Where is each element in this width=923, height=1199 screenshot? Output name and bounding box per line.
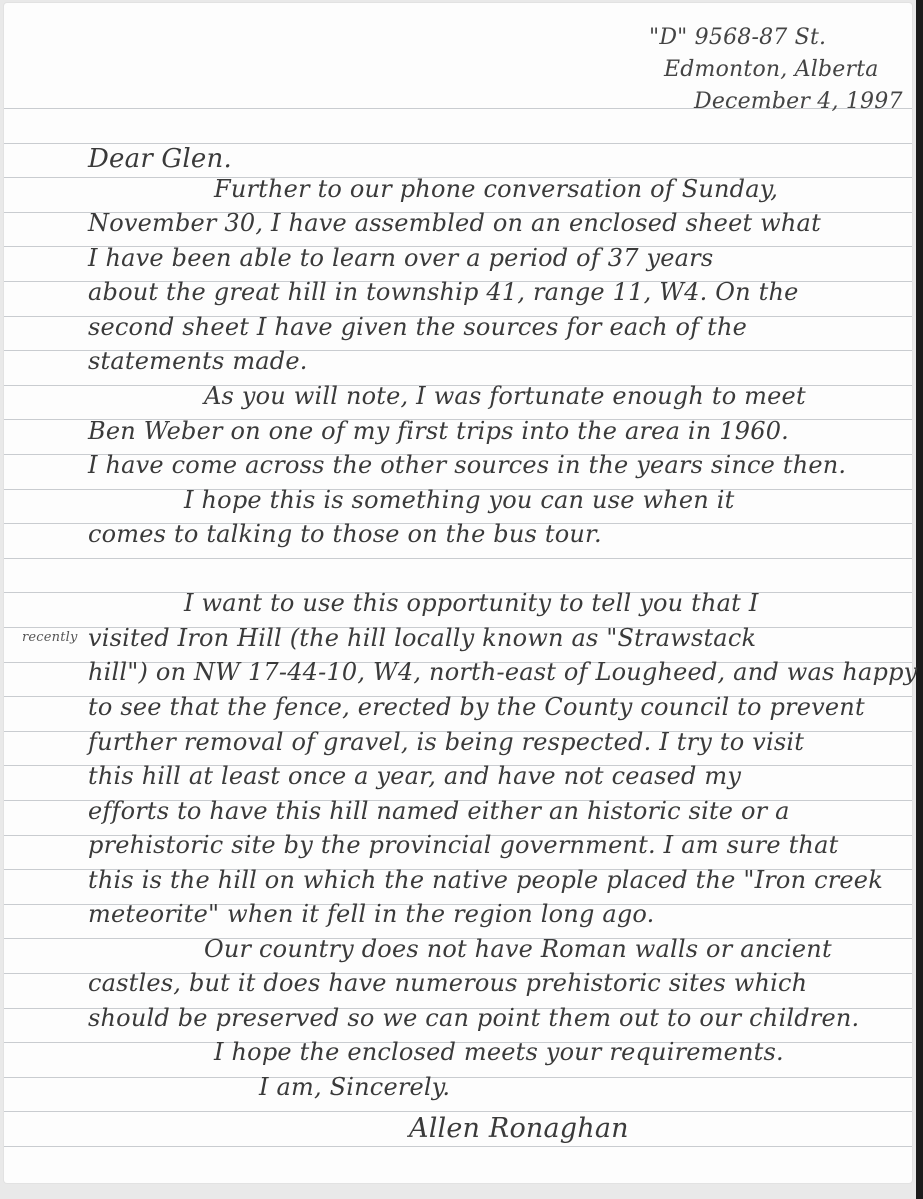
body-line: comes to talking to those on the bus tou… bbox=[88, 522, 602, 546]
body-line: further removal of gravel, is being resp… bbox=[88, 730, 804, 754]
body-line: As you will note, I was fortunate enough… bbox=[204, 384, 806, 408]
body-line: second sheet I have given the sources fo… bbox=[88, 315, 747, 339]
body-line: I am, Sincerely. bbox=[259, 1075, 450, 1099]
body-line: this hill at least once a year, and have… bbox=[88, 764, 741, 788]
body-line: should be preserved so we can point them… bbox=[88, 1006, 859, 1030]
address-line-1: "D" 9568-87 St. bbox=[649, 27, 826, 49]
body-line: this is the hill on which the native peo… bbox=[88, 868, 883, 892]
body-line: prehistoric site by the provincial gover… bbox=[88, 833, 838, 857]
body-line: I hope this is something you can use whe… bbox=[184, 488, 734, 512]
address-line-2: Edmonton, Alberta bbox=[664, 59, 879, 81]
body-line: about the great hill in township 41, ran… bbox=[88, 280, 799, 304]
body-line: castles, but it does have numerous prehi… bbox=[88, 971, 807, 995]
body-line: I hope the enclosed meets your requireme… bbox=[214, 1040, 784, 1064]
body-line: Ben Weber on one of my first trips into … bbox=[88, 419, 789, 443]
ruled-line bbox=[4, 1077, 912, 1078]
body-line: November 30, I have assembled on an encl… bbox=[88, 211, 821, 235]
body-line: hill") on NW 17-44-10, W4, north-east of… bbox=[88, 660, 917, 684]
scan-edge bbox=[916, 0, 923, 1199]
body-line: statements made. bbox=[88, 349, 308, 373]
body-line: efforts to have this hill named either a… bbox=[88, 799, 790, 823]
ruled-line bbox=[4, 1111, 912, 1112]
ruled-line bbox=[4, 558, 912, 559]
body-line: I have come across the other sources in … bbox=[88, 453, 846, 477]
ruled-line bbox=[4, 1146, 912, 1147]
letter-date: December 4, 1997 bbox=[694, 91, 903, 113]
body-line: meteorite" when it fell in the region lo… bbox=[88, 902, 654, 926]
salutation: Dear Glen. bbox=[88, 146, 232, 172]
body-line: visited Iron Hill (the hill locally know… bbox=[88, 626, 756, 650]
body-line: I want to use this opportunity to tell y… bbox=[184, 591, 759, 615]
margin-note: recently bbox=[22, 631, 78, 644]
signature: Allen Ronaghan bbox=[409, 1115, 629, 1142]
body-line: Further to our phone conversation of Sun… bbox=[214, 177, 778, 201]
body-line: Our country does not have Roman walls or… bbox=[204, 937, 832, 961]
letter-page: "D" 9568-87 St. Edmonton, Alberta Decemb… bbox=[4, 3, 912, 1183]
body-line: I have been able to learn over a period … bbox=[88, 246, 713, 270]
body-line: to see that the fence, erected by the Co… bbox=[88, 695, 865, 719]
